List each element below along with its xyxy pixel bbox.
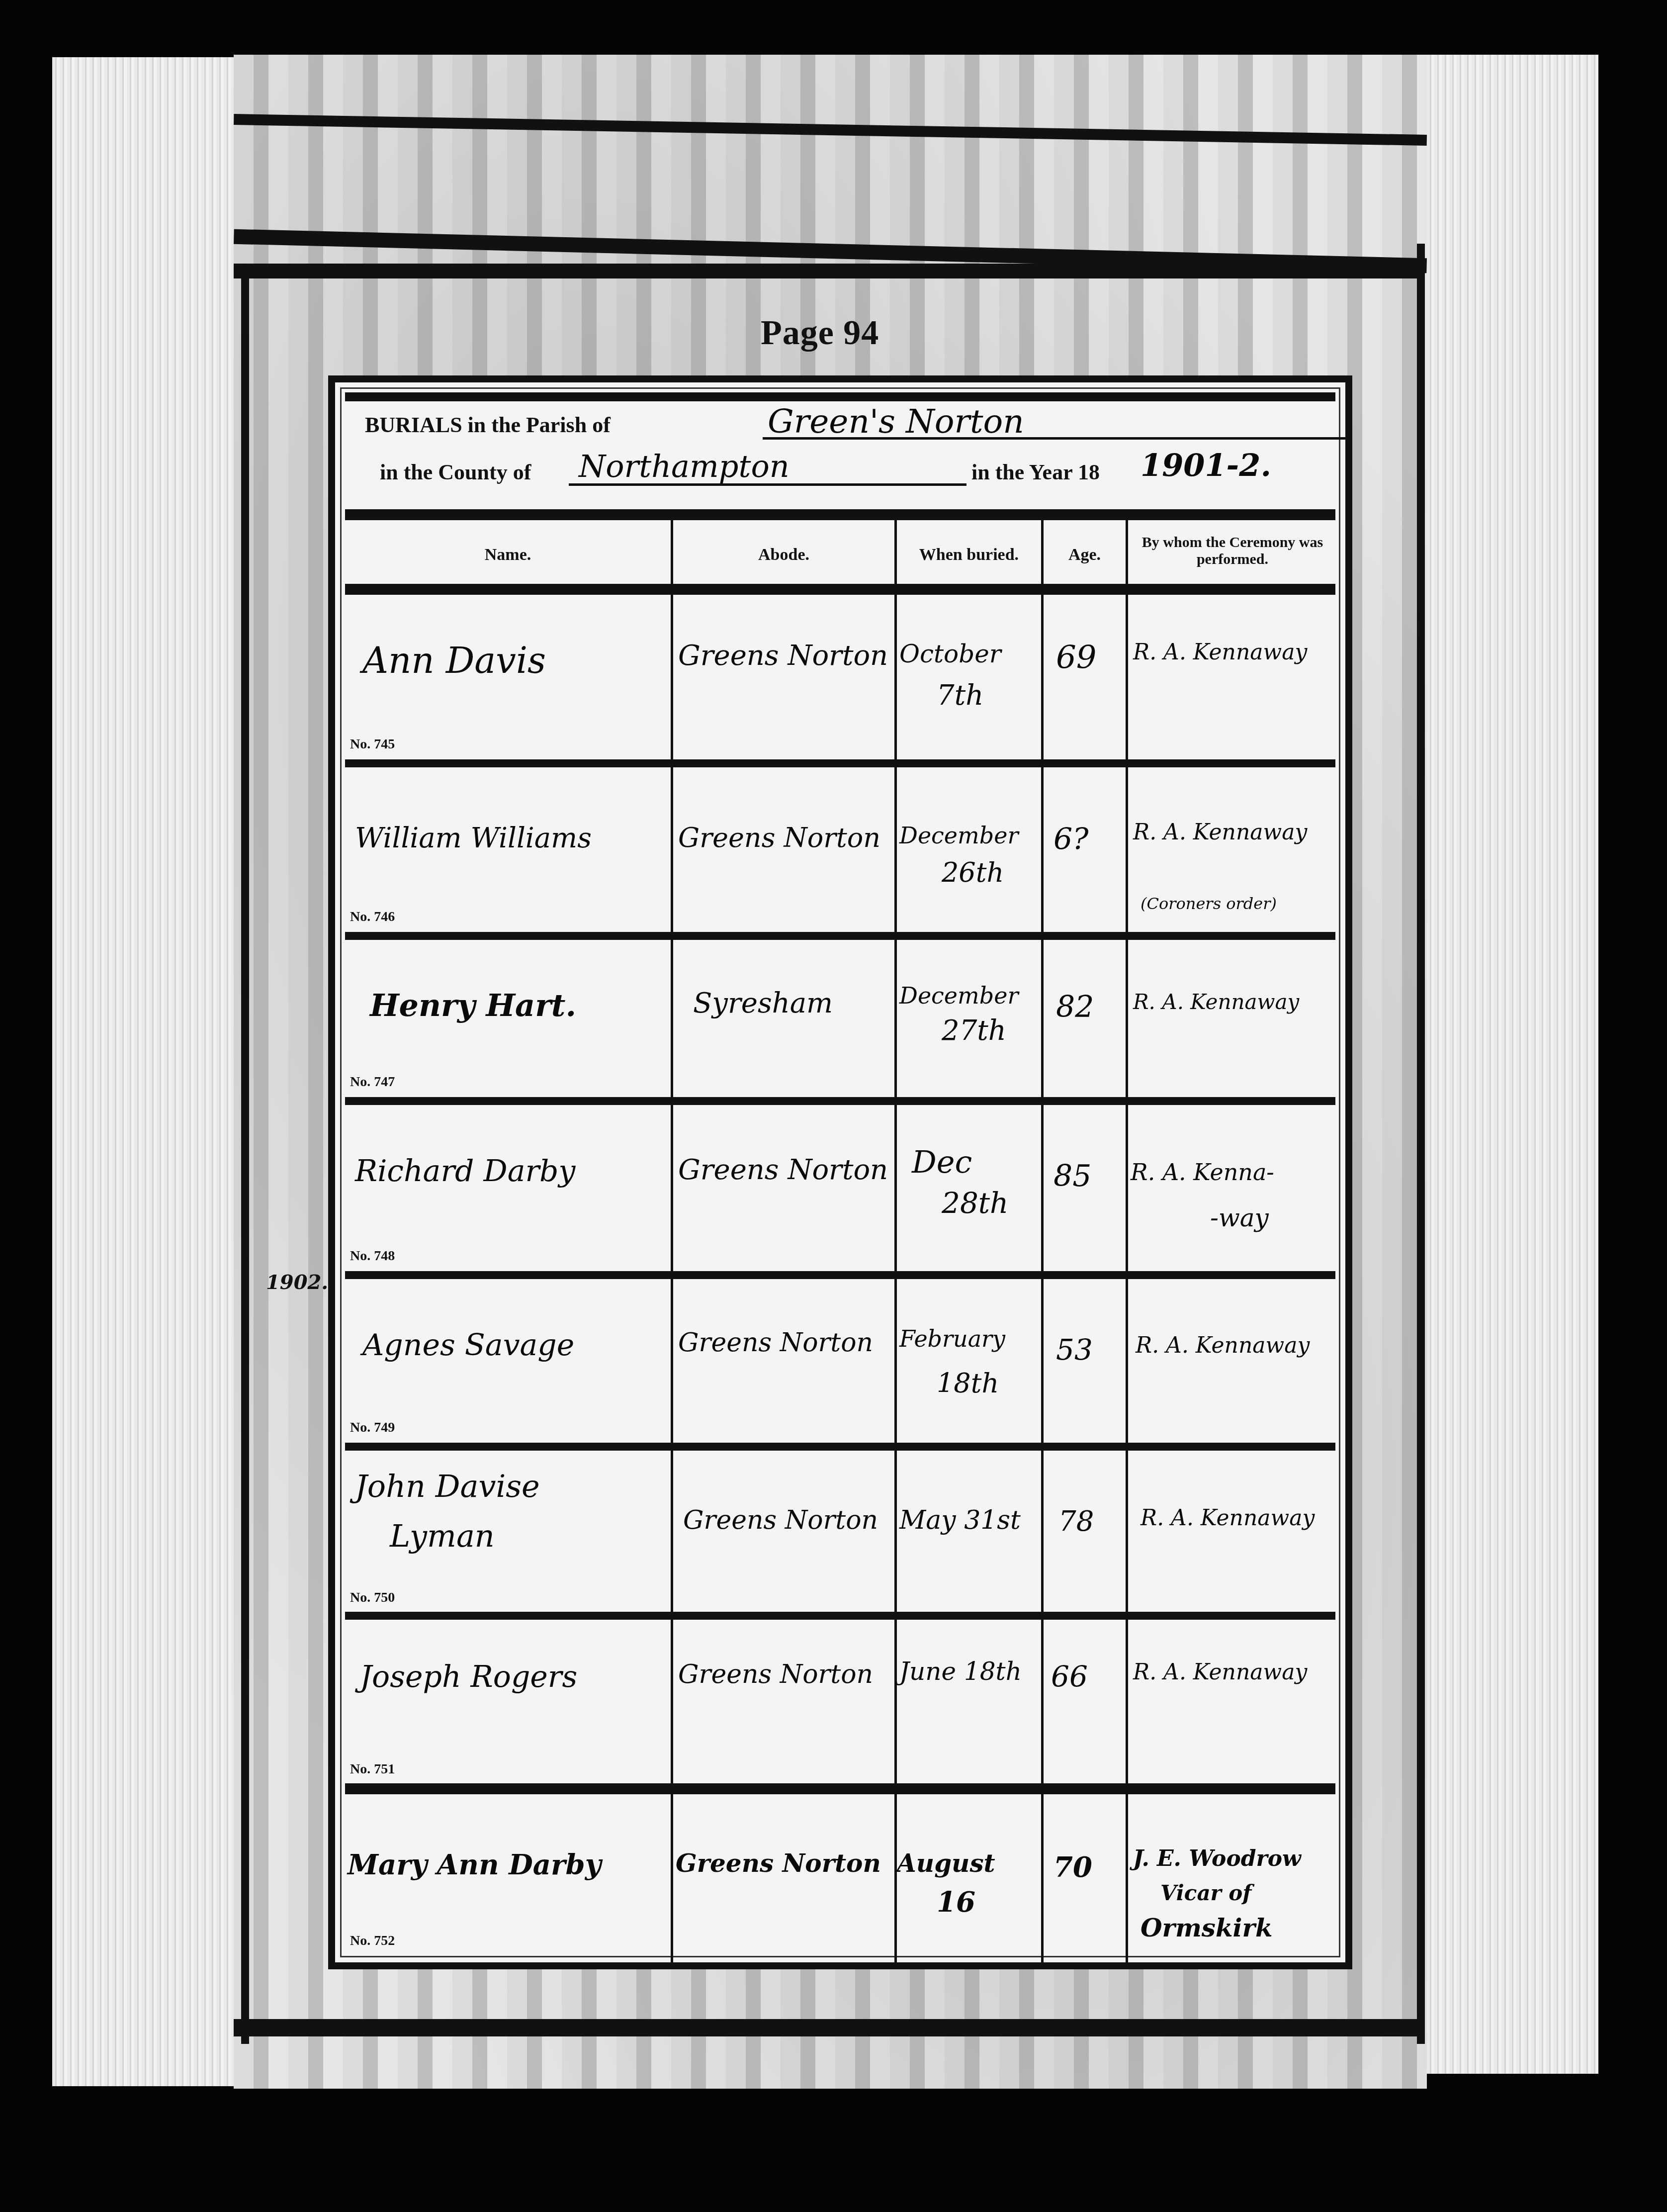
burials-register-table: BURIALS in the Parish of Green's Norton … [328,375,1352,1969]
entry-officiant-title: Vicar of [1160,1881,1251,1905]
table-row: Henry Hart. No. 747 Syresham December 27… [335,940,1345,1104]
entry-abode: Greens Norton [678,1659,873,1689]
entry-note: Ormskirk [1141,1913,1273,1942]
table-row: Ann Davis No. 745 Greens Norton October … [335,595,1345,767]
table-row: John Davise Lyman No. 750 Greens Norton … [335,1451,1345,1620]
entry-name: Henry Hart. [370,987,576,1023]
parish-underline [763,437,1349,440]
entry-when-buried-day: 18th [937,1368,999,1399]
entry-abode: Greens Norton [678,1154,888,1186]
entry-officiant: J. E. Woodrow [1133,1846,1301,1871]
page-right-edge [1417,244,1425,2044]
entry-age: 53 [1056,1333,1093,1367]
county-label: in the County of [380,460,531,485]
entry-name: Mary Ann Darby [348,1848,601,1881]
table-row: Mary Ann Darby No. 752 Greens Norton Aug… [335,1791,1345,1960]
entry-when-buried: February [899,1325,1005,1352]
entry-number: No. 750 [350,1590,395,1606]
entry-when-buried-day: 27th [942,1014,1006,1047]
entry-number: No. 747 [350,1074,395,1090]
entry-name: Ann Davis [362,640,546,681]
entry-abode: Greens Norton [676,1848,881,1878]
burials-parish-label: BURIALS in the Parish of [365,412,611,438]
column-header-age: Age. [1044,547,1126,563]
left-film-strip [52,57,234,2086]
entry-name: Joseph Rogers [360,1659,577,1694]
entry-name: John Davise [355,1468,540,1504]
table-row: Agnes Savage No. 749 Greens Norton Febru… [335,1278,1345,1451]
table-row: William Williams No. 746 Greens Norton D… [335,767,1345,940]
row-divider [345,1443,1335,1451]
entry-number: No. 746 [350,909,395,925]
entry-number: No. 748 [350,1248,395,1264]
entry-when-buried: December [899,982,1018,1009]
entry-age: 6? [1053,822,1088,857]
county-underline [569,483,966,486]
year-value: 1901-2. [1141,447,1271,483]
entry-when-buried: June 18th [899,1657,1022,1686]
entry-name: William Williams [355,822,592,854]
entry-abode: Greens Norton [678,822,880,853]
column-header-abode: Abode. [673,547,894,563]
entry-officiant: R. A. Kennaway [1133,1659,1307,1685]
entry-officiant-continued: -way [1210,1203,1269,1232]
column-header-name: Name. [345,547,671,563]
entry-age: 85 [1053,1159,1091,1194]
entry-abode: Syresham [693,987,833,1019]
page-top-band [234,114,1427,146]
row-divider [345,759,1335,767]
entry-abode: Greens Norton [678,640,888,672]
entry-officiant: R. A. Kennaway [1136,1333,1310,1358]
right-film-strip [1427,55,1598,2074]
entry-name-continued: Lyman [390,1518,495,1554]
entry-age: 78 [1058,1505,1094,1538]
page-number-title: Page 94 [761,313,879,353]
entry-abode: Greens Norton [678,1328,873,1358]
entry-when-buried: October [899,640,1001,668]
entry-when-buried-day: 7th [937,679,983,712]
entry-when-buried: December [899,822,1018,849]
row-divider [345,1612,1335,1620]
entry-abode: Greens Norton [683,1505,878,1535]
column-header-by-whom: By whom the Ceremony was performed. [1136,534,1329,568]
entry-when-buried-day: 28th [942,1186,1008,1220]
column-header-when-buried: When buried. [897,547,1041,563]
margin-year-note: 1902. [266,1271,328,1294]
entry-number: No. 751 [350,1761,395,1777]
header-bottom-rule [345,509,1335,520]
entry-officiant: R. A. Kennaway [1141,1505,1315,1531]
year-label: in the Year 18 [971,460,1100,485]
entry-when-buried-day: 16 [937,1886,975,1919]
microfilm-scan-background: Page 94 1902. BURIALS in the Parish of G… [0,0,1667,2212]
parish-name: Green's Norton [768,402,1024,441]
entry-officiant: R. A. Kennaway [1133,990,1299,1014]
entry-when-buried: May 31st [899,1505,1021,1535]
entry-age: 70 [1053,1851,1092,1884]
entry-name: Richard Darby [355,1154,575,1189]
entry-when-buried-day: 26th [942,857,1004,888]
entry-when-buried: August [897,1848,995,1878]
row-divider [345,932,1335,940]
entry-age: 69 [1056,640,1096,676]
entry-when-buried: Dec [912,1144,972,1180]
page-header-rule [234,264,1422,278]
entry-age: 82 [1056,990,1094,1024]
entry-officiant: R. A. Kennaway [1133,640,1307,665]
entry-note: (Coroners order) [1141,894,1277,913]
entry-age: 66 [1051,1659,1088,1693]
column-header-rule [345,584,1335,595]
entry-number: No. 749 [350,1420,395,1436]
table-row: Joseph Rogers No. 751 Greens Norton June… [335,1620,1345,1791]
entry-name: Agnes Savage [362,1328,574,1363]
page-left-edge [241,274,249,2044]
header-top-rule [345,392,1335,401]
county-name: Northampton [579,448,790,484]
entry-officiant: R. A. Kennaway [1133,820,1307,845]
table-row: Richard Darby No. 748 Greens Norton Dec … [335,1104,1345,1278]
entry-number: No. 752 [350,1933,395,1949]
entry-number: No. 745 [350,737,395,752]
page-bottom-band [234,2019,1417,2036]
entry-officiant: R. A. Kenna- [1131,1159,1274,1186]
